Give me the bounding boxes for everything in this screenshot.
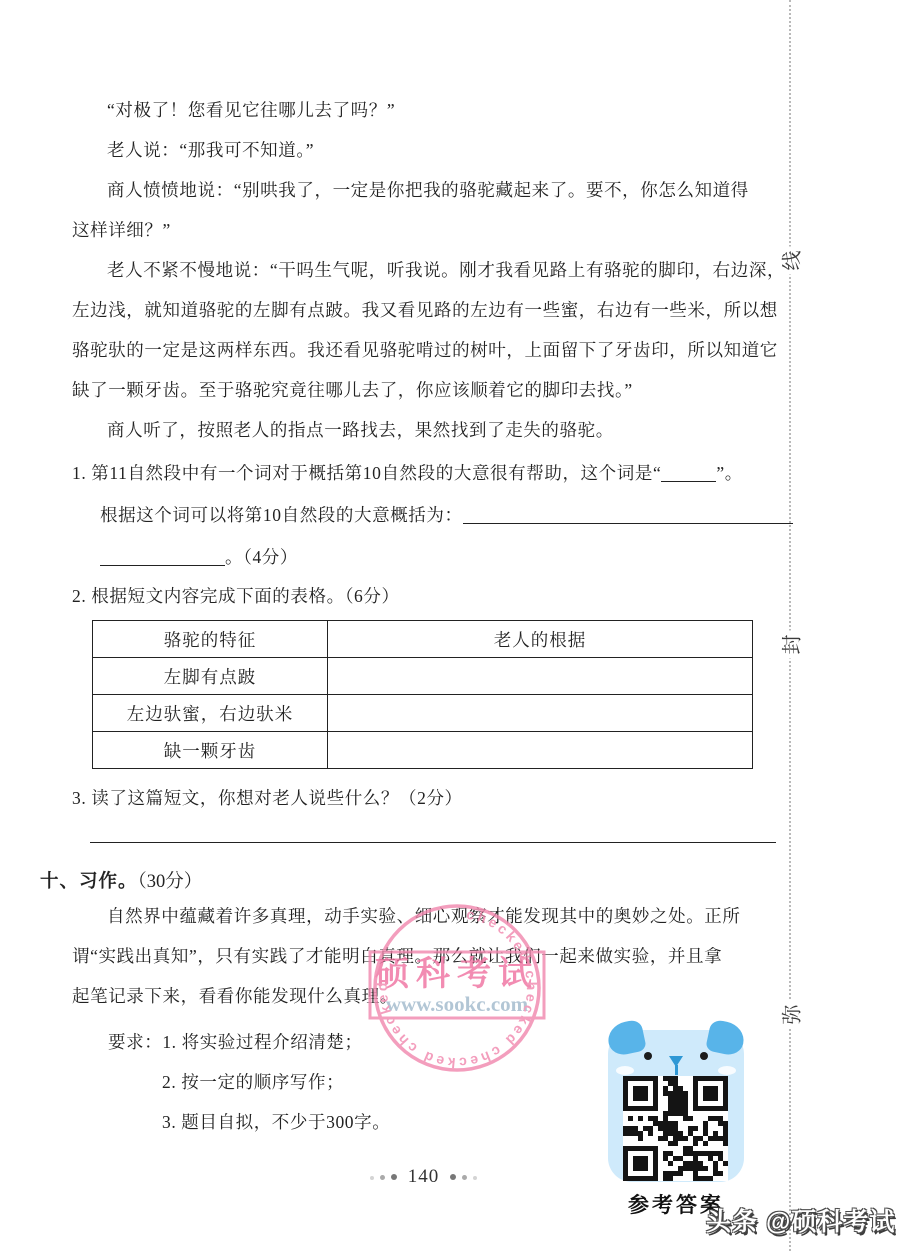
footer-dot xyxy=(462,1175,467,1180)
dog-ear-left-icon xyxy=(605,1019,647,1058)
table-cell: 左脚有点跛 xyxy=(93,658,328,695)
qr-finder-icon xyxy=(693,1076,728,1111)
question-1-score: 。（4分） xyxy=(225,547,298,567)
qr-finder-icon xyxy=(623,1076,658,1111)
seal-dotted-line xyxy=(789,0,791,1251)
essay-prompt: 自然界中蕴藏着许多真理，动手实验、细心观察才能发现其中的奥妙之处。正所 谓“实践… xyxy=(72,896,782,1016)
footer-dot xyxy=(380,1175,385,1180)
footer-dot xyxy=(391,1174,397,1180)
passage-line: “对极了！您看见它往哪儿去了吗？” xyxy=(72,90,782,130)
answer-blank xyxy=(100,548,225,566)
table-header-cell: 骆驼的特征 xyxy=(93,621,328,658)
dog-cheek-right xyxy=(718,1066,736,1075)
answer-qr-block: 参考答案 xyxy=(608,1020,744,1219)
passage-line: 缺了一颗牙齿。至于骆驼究竟往哪儿去了，你应该顺着它的脚印去找。” xyxy=(72,370,782,410)
answer-blank xyxy=(463,506,793,524)
table-header-row: 骆驼的特征 老人的根据 xyxy=(93,621,753,658)
passage-line: 左边浅，就知道骆驼的左脚有点跛。我又看见路的左边有一些蜜，右边有一些米，所以想 xyxy=(72,290,782,330)
question-1-text-after: ”。 xyxy=(716,463,742,483)
table-cell-empty xyxy=(328,732,753,769)
footer-dot xyxy=(450,1174,456,1180)
dog-nose-stem xyxy=(675,1065,678,1075)
footer-dot xyxy=(370,1176,374,1180)
exam-paper-page: 线 封 弥 “对极了！您看见它往哪儿去了吗？” 老人说：“那我可不知道。” 商人… xyxy=(0,0,898,1251)
requirement-item: 1. 将实验过程介绍清楚； xyxy=(162,1032,362,1052)
passage-line: 骆驼驮的一定是这两样东西。我还看见骆驼啃过的树叶，上面留下了牙齿印，所以知道它 xyxy=(72,330,782,370)
corner-watermark: 头条 @硕科考试 xyxy=(706,1202,895,1238)
page-number: 140 xyxy=(408,1166,440,1187)
passage-line: 老人不紧不慢地说：“干吗生气呢，听我说。刚才我看见路上有骆驼的脚印，右边深， xyxy=(72,250,782,290)
section-title-text: 十、习作。 xyxy=(40,872,138,892)
table-header-cell: 老人的根据 xyxy=(328,621,753,658)
section-score: （30分） xyxy=(138,872,203,892)
question-1-line2: 根据这个词可以将第10自然段的大意概括为： xyxy=(100,505,463,525)
footer-dot xyxy=(473,1176,477,1180)
passage-line: 商人愤愤地说：“别哄我了，一定是你把我的骆驼藏起来了。要不，你怎么知道得 xyxy=(72,170,782,210)
essay-line: 自然界中蕴藏着许多真理，动手实验、细心观察才能发现其中的奥妙之处。正所 xyxy=(72,896,782,936)
dog-ear-right-icon xyxy=(705,1019,747,1058)
answer-blank xyxy=(661,464,716,482)
passage-line: 这样详细？” xyxy=(72,210,782,250)
essay-line: 起笔记录下来，看看你能发现什么真理。 xyxy=(72,976,782,1016)
table-cell: 左边驮蜜，右边驮米 xyxy=(93,695,328,732)
table-row: 左脚有点跛 xyxy=(93,658,753,695)
camel-features-table: 骆驼的特征 老人的根据 左脚有点跛 左边驮蜜，右边驮米 缺一颗牙齿 xyxy=(92,620,753,769)
passage-line: 商人听了，按照老人的指点一路找去，果然找到了走失的骆驼。 xyxy=(72,410,782,450)
requirements-label: 要求： xyxy=(108,1032,162,1052)
question-1: 1. 第11自然段中有一个词对于概括第10自然段的大意很有帮助，这个词是“”。 … xyxy=(72,452,780,578)
table-cell-empty xyxy=(328,658,753,695)
table-cell-empty xyxy=(328,695,753,732)
question-1-text: 1. 第11自然段中有一个词对于概括第10自然段的大意很有帮助，这个词是“ xyxy=(72,463,661,483)
essay-line: 谓“实践出真知”，只有实践了才能明白真理。那么就让我们一起来做实验，并且拿 xyxy=(72,936,782,976)
qr-finder-icon xyxy=(623,1146,658,1181)
table-row: 缺一颗牙齿 xyxy=(93,732,753,769)
answer-blank-line xyxy=(90,842,776,843)
dog-eye-right-icon xyxy=(700,1052,708,1060)
dog-cheek-left xyxy=(616,1066,634,1075)
table-row: 左边驮蜜，右边驮米 xyxy=(93,695,753,732)
dog-eye-left-icon xyxy=(644,1052,652,1060)
dog-head-frame xyxy=(608,1030,744,1182)
essay-requirements: 要求：1. 将实验过程介绍清楚； 2. 按一定的顺序写作； 3. 题目自拟，不少… xyxy=(72,1022,672,1142)
question-2: 2. 根据短文内容完成下面的表格。（6分） xyxy=(72,576,780,616)
passage-line: 老人说：“那我可不知道。” xyxy=(72,130,782,170)
table-cell: 缺一颗牙齿 xyxy=(93,732,328,769)
question-3: 3. 读了这篇短文，你想对老人说些什么？（2分） xyxy=(72,778,780,818)
requirement-item: 3. 题目自拟，不少于300字。 xyxy=(72,1102,672,1142)
seal-char-feng: 封 xyxy=(776,631,805,659)
qr-code xyxy=(623,1076,728,1181)
reading-passage: “对极了！您看见它往哪儿去了吗？” 老人说：“那我可不知道。” 商人愤愤地说：“… xyxy=(72,90,782,450)
requirement-item: 2. 按一定的顺序写作； xyxy=(72,1062,672,1102)
